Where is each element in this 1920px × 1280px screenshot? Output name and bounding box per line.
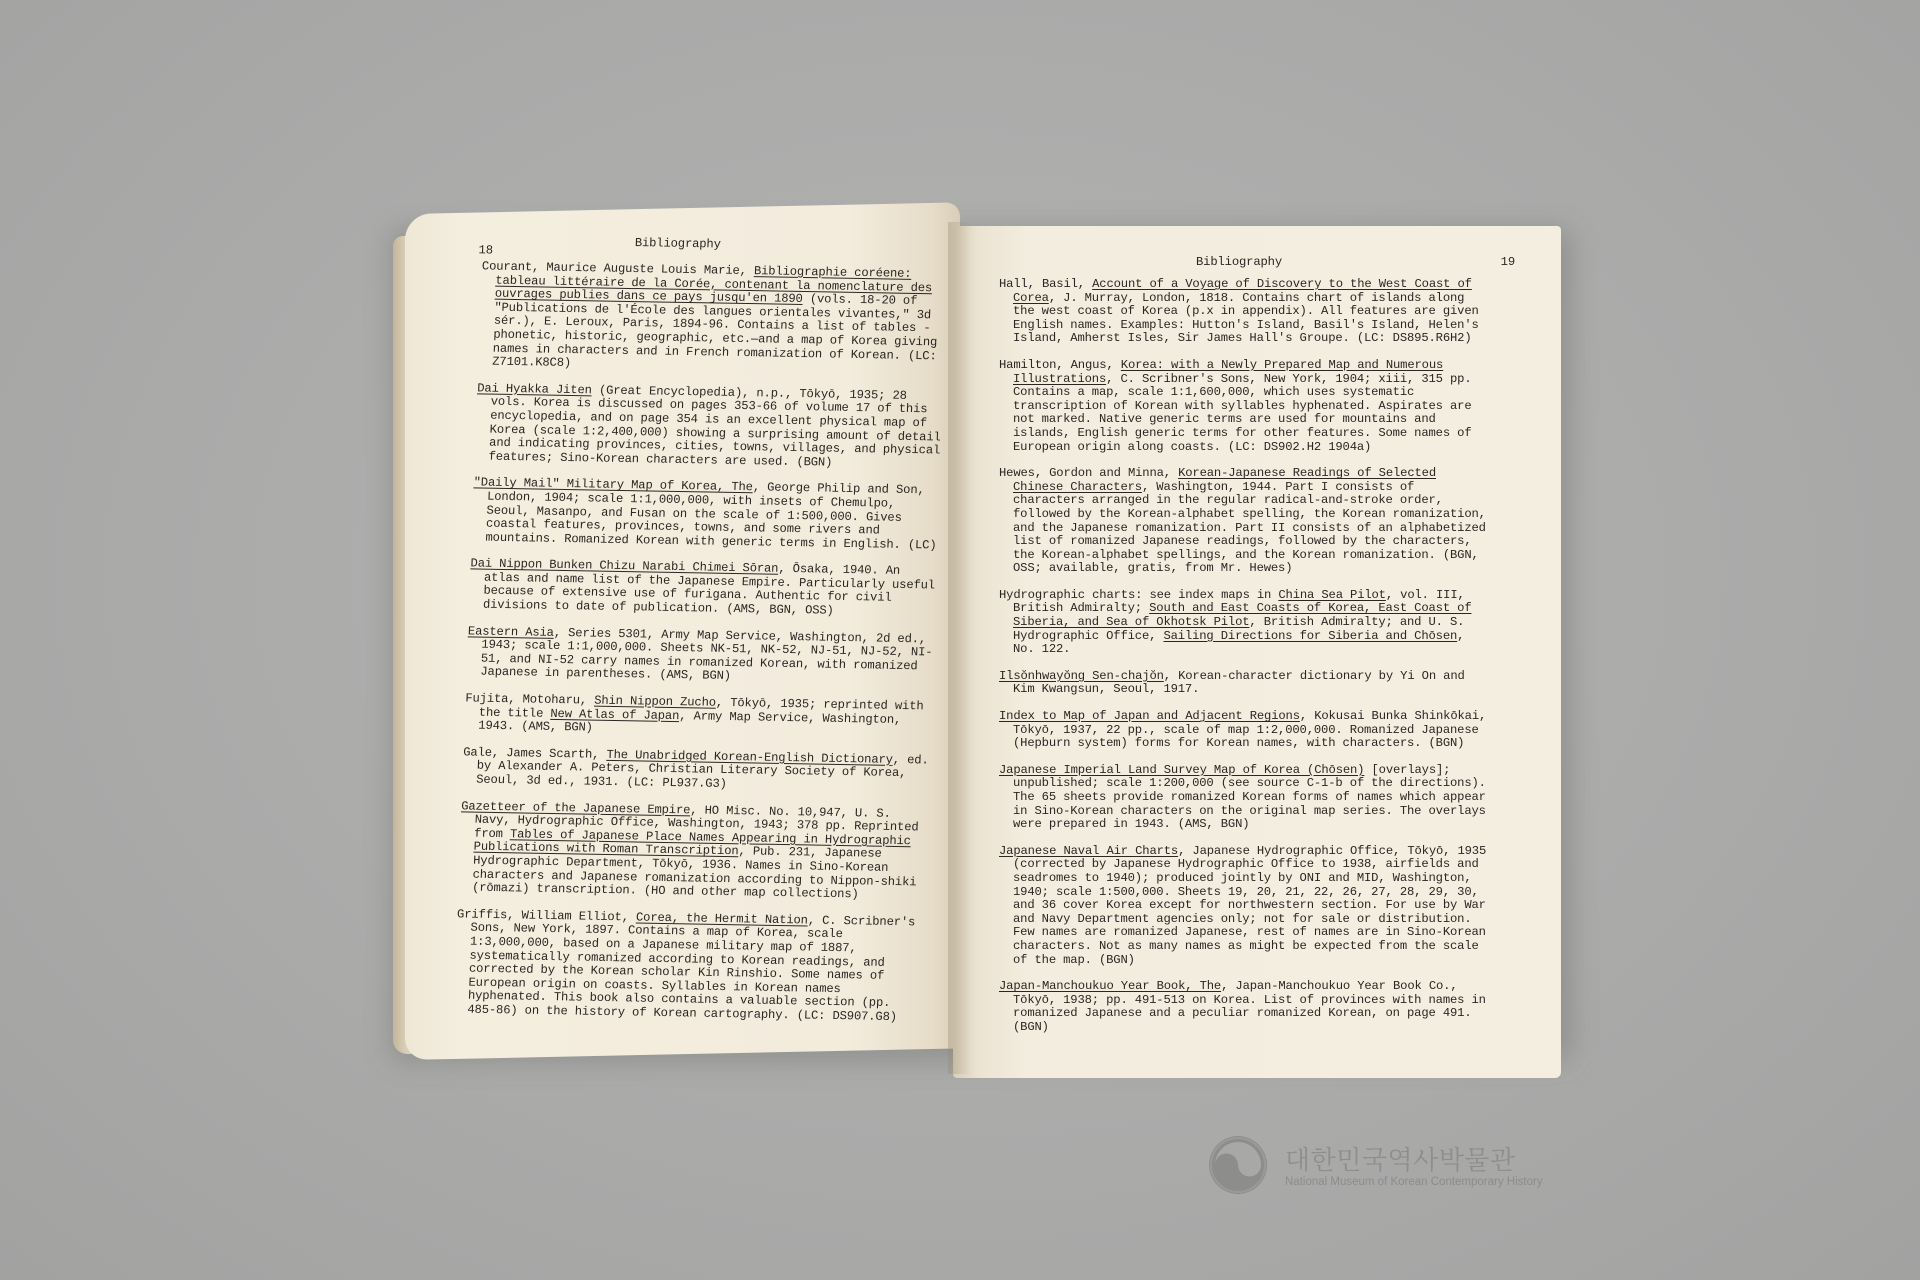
museum-name-english: National Museum of Korean Contemporary H… <box>1285 1176 1543 1188</box>
museum-watermark: 대한민국역사박물관 National Museum of Korean Cont… <box>1209 1136 1589 1196</box>
page-number: 19 <box>1501 256 1515 270</box>
entry-title: Japan-Manchoukuo Year Book, The <box>999 979 1221 993</box>
entry-text: (Great Encyclopedia), n.p., Tōkyō, 1935;… <box>488 383 941 469</box>
entry-text: , C. Scribner's Sons, New York, 1897. Co… <box>467 913 915 1024</box>
bibliography-entry: "Daily Mail" Military Map of Korea, The,… <box>471 477 943 553</box>
book-gutter <box>948 222 972 1074</box>
bibliography-entry: Hewes, Gordon and Minna, Korean-Japanese… <box>999 467 1489 576</box>
entry-title: Japanese Imperial Land Survey Map of Kor… <box>999 763 1364 777</box>
bibliography-entry: Fujita, Motoharu, Shin Nippon Zucho, Tōk… <box>464 692 935 741</box>
entry-text: Hall, Basil, <box>999 277 1092 291</box>
bibliography-entry: Gale, James Scarth, The Unabridged Korea… <box>462 746 933 795</box>
entry-list: Courant, Maurice Auguste Louis Marie, Bi… <box>453 260 952 1025</box>
bibliography-entry: Japanese Naval Air Charts, Japanese Hydr… <box>999 845 1489 967</box>
bibliography-entry: Index to Map of Japan and Adjacent Regio… <box>999 710 1489 751</box>
right-page: Bibliography 19 Hall, Basil, Account of … <box>953 226 1561 1078</box>
right-running-head: Bibliography 19 <box>999 256 1489 278</box>
entry-title: Eastern Asia <box>468 624 554 640</box>
left-page: 18 Bibliography Courant, Maurice Auguste… <box>405 202 960 1060</box>
bibliography-entry: Hall, Basil, Account of a Voyage of Disc… <box>999 278 1489 346</box>
bibliography-entry: Gazetteer of the Japanese Empire, HO Mis… <box>458 800 931 903</box>
entry-title: Index to Map of Japan and Adjacent Regio… <box>999 709 1300 723</box>
bibliography-entry: Hamilton, Angus, Korea: with a Newly Pre… <box>999 359 1489 454</box>
entry-text: Hamilton, Angus, <box>999 358 1121 372</box>
entry-text: , Japanese Hydrographic Office, Tōkyō, 1… <box>1013 844 1486 967</box>
bibliography-entry: Japan-Manchoukuo Year Book, The, Japan-M… <box>999 980 1489 1034</box>
bibliography-entry: Japanese Imperial Land Survey Map of Kor… <box>999 764 1489 832</box>
entry-title: China Sea Pilot <box>1278 588 1385 602</box>
bibliography-entry: Courant, Maurice Auguste Louis Marie, Bi… <box>478 260 952 377</box>
bibliography-entry: Griffis, William Elliot, Corea, the Herm… <box>453 908 927 1025</box>
taegeuk-emblem-icon <box>1209 1136 1267 1194</box>
entry-text: Hydrographic charts: see index maps in <box>999 588 1278 602</box>
entry-text: , J. Murray, London, 1818. Contains char… <box>1013 291 1479 346</box>
entry-title: Japanese Naval Air Charts <box>999 844 1178 858</box>
bibliography-entry: Ilsŏnhwayŏng Sen-chajŏn, Korean-characte… <box>999 670 1489 697</box>
bibliography-entry: Eastern Asia, Series 5301, Army Map Serv… <box>466 625 938 688</box>
running-head-title: Bibliography <box>989 256 1489 270</box>
bibliography-entry: Dai Hyakka Jiten (Great Encyclopedia), n… <box>474 382 947 472</box>
entry-text: (vols. 18-20 of "Publications de l'École… <box>492 292 937 370</box>
bibliography-entry: Hydrographic charts: see index maps in C… <box>999 589 1489 657</box>
museum-name-korean: 대한민국역사박물관 <box>1285 1140 1516 1177</box>
entry-text: , Washington, 1944. Part I consists of c… <box>1013 480 1486 576</box>
entry-title: Ilsŏnhwayŏng Sen-chajŏn <box>999 669 1164 683</box>
entry-title: Sailing Directions for Siberia and Chōse… <box>1163 629 1457 643</box>
right-page-content: Bibliography 19 Hall, Basil, Account of … <box>999 256 1489 1048</box>
bibliography-entry: Dai Nippon Bunken Chizu Narabi Chimei Sō… <box>469 558 941 621</box>
entry-list: Hall, Basil, Account of a Voyage of Disc… <box>999 278 1489 1035</box>
entry-text: Hewes, Gordon and Minna, <box>999 466 1178 480</box>
left-page-content: 18 Bibliography Courant, Maurice Auguste… <box>453 238 953 1038</box>
